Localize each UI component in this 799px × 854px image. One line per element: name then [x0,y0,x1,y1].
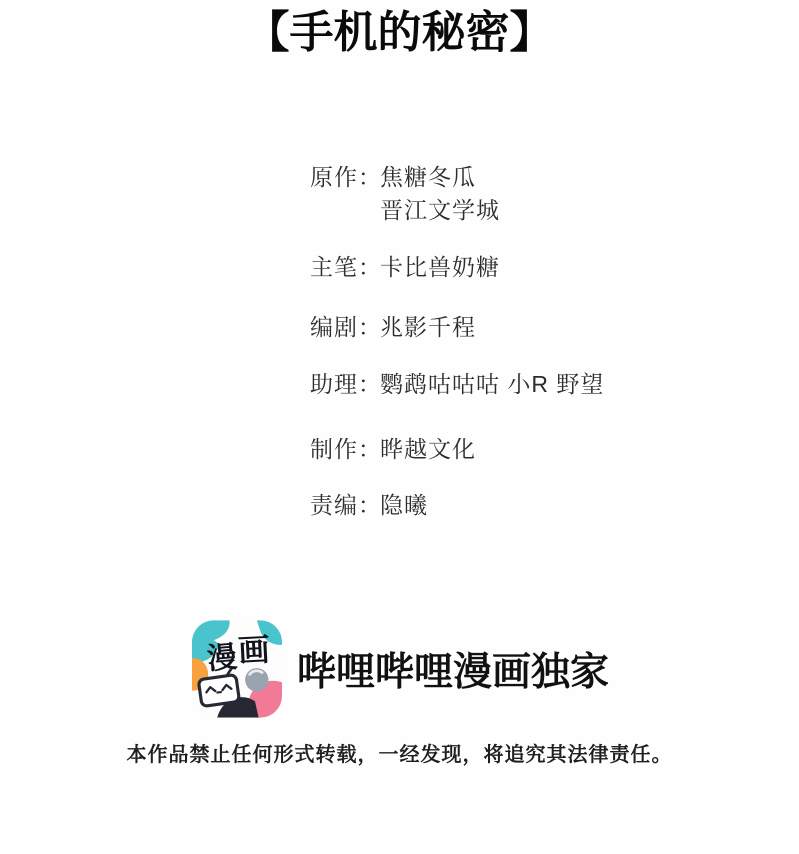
page-title: 【手机的秘密】 [0,4,799,62]
credit-value: 兆影千程 [380,311,476,344]
credit-value-line2: 晋江文学城 [380,194,500,227]
bilibili-manga-logo-icon: 漫 画 [192,620,282,718]
credit-value: 鹦鹉咕咕咕 小R 野望 [380,368,604,401]
credit-label: 原作： [310,161,380,227]
credit-value: 隐曦 [380,489,428,522]
credit-row-screenwriter: 编剧： 兆影千程 [310,311,476,344]
credit-row-assistants: 助理： 鹦鹉咕咕咕 小R 野望 [310,368,604,401]
credit-row-production: 制作： 晔越文化 [310,433,476,466]
credit-label: 主笔： [310,251,380,284]
credit-row-original-work: 原作： 焦糖冬瓜 晋江文学城 [310,161,500,227]
credit-label: 制作： [310,433,380,466]
credit-label: 编剧： [310,311,380,344]
credit-row-editor: 责编： 隐曦 [310,489,428,522]
credit-label: 助理： [310,368,380,401]
copyright-disclaimer: 本作品禁止任何形式转载，一经发现，将追究其法律责任。 [0,738,799,767]
credit-value-line1: 焦糖冬瓜 [380,161,500,194]
credit-row-lead-artist: 主笔： 卡比兽奶糖 [310,251,500,284]
credits-page: 【手机的秘密】 原作： 焦糖冬瓜 晋江文学城 主笔： 卡比兽奶糖 编剧： 兆影千… [0,0,799,854]
publisher-exclusive-text: 哔哩哔哩漫画独家 [297,641,609,697]
publisher-row: 漫 画 哔哩哔哩漫画独家 [192,620,609,718]
credit-value: 晔越文化 [380,433,476,466]
svg-text:漫: 漫 [206,640,239,675]
credit-value: 卡比兽奶糖 [380,251,500,284]
credit-label: 责编： [310,489,380,522]
svg-text:画: 画 [237,631,271,669]
credit-value: 焦糖冬瓜 晋江文学城 [380,161,500,227]
